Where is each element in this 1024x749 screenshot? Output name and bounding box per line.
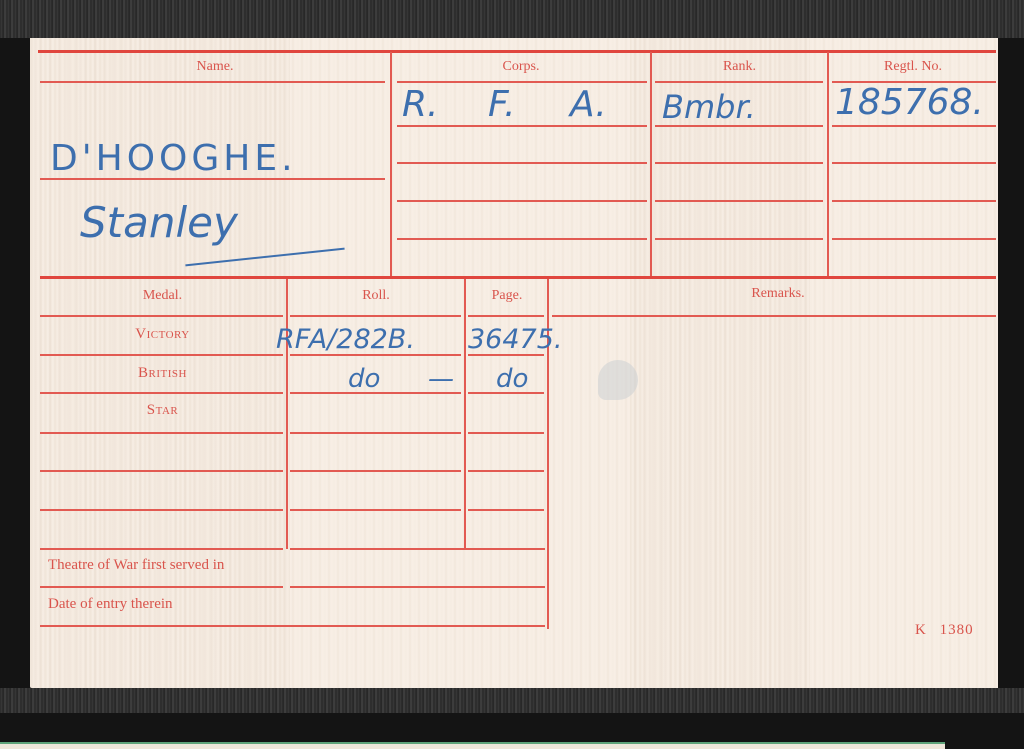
- medal-header-rule: [40, 315, 283, 317]
- regtl-row-rule: [832, 162, 996, 164]
- rank-row-rule: [655, 200, 823, 202]
- name-header: Name.: [40, 59, 390, 75]
- paper-texture: [30, 38, 290, 688]
- rank-handwritten: Bmbr.: [662, 88, 756, 126]
- british-roll-ditto: do: [348, 364, 380, 394]
- rank-row-rule: [655, 238, 823, 240]
- date-entry-label: Date of entry therein: [48, 596, 173, 613]
- victory-page-handwritten: 36475.: [468, 324, 562, 355]
- corps-row-rule: [397, 200, 647, 202]
- page-header: Page.: [466, 288, 548, 304]
- british-page-ditto: do: [496, 364, 528, 394]
- rank-header: Rank.: [652, 59, 827, 75]
- victory-roll-handwritten: RFA/282B.: [276, 324, 415, 355]
- theatre-value-rule: [290, 586, 545, 588]
- corps-letter-r: R.: [402, 84, 438, 125]
- page-row-rule: [468, 470, 544, 472]
- divider-medal-roll: [286, 279, 288, 549]
- roll-row-rule: [290, 432, 461, 434]
- roll-row-rule: [290, 470, 461, 472]
- regtl-no-handwritten: 185768.: [835, 82, 984, 123]
- forename-handwritten: Stanley: [80, 198, 238, 247]
- roll-header: Roll.: [288, 288, 464, 304]
- corps-row-rule: [397, 238, 647, 240]
- roll-row-rule: [290, 548, 545, 550]
- medal-row-rule: [40, 432, 283, 434]
- divider-corps-rank: [650, 52, 652, 277]
- theatre-label: Theatre of War first served in: [48, 557, 224, 574]
- scanner-band-top: [0, 0, 1024, 38]
- corps-row-rule: [397, 81, 647, 83]
- medal-index-card: Name. Corps. Rank. Regtl. No. D'HOOGHE. …: [30, 38, 998, 688]
- roll-header-rule: [290, 315, 461, 317]
- regtl-row-rule: [832, 200, 996, 202]
- remarks-header: Remarks.: [550, 286, 1006, 302]
- british-ditto-separator: —: [428, 364, 454, 394]
- divider-rank-regtl: [827, 52, 829, 277]
- remarks-header-rule: [552, 315, 996, 317]
- surname-handwritten: D'HOOGHE.: [50, 138, 297, 179]
- roll-row-rule: [290, 509, 461, 511]
- medal-row-rule: [40, 509, 283, 511]
- top-rule: [38, 50, 996, 53]
- divider-name-corps: [390, 52, 392, 277]
- medal-row-rule: [40, 392, 283, 394]
- medal-row-rule: [40, 470, 283, 472]
- paper-texture: [630, 38, 810, 688]
- corps-row-rule: [397, 162, 647, 164]
- theatre-rule: [40, 586, 283, 588]
- corps-header: Corps.: [392, 59, 650, 75]
- divider-roll-page: [464, 279, 466, 549]
- next-card-edge: [0, 742, 945, 749]
- page-row-rule: [468, 432, 544, 434]
- page-row-rule: [468, 509, 544, 511]
- corps-letter-f: F.: [488, 84, 516, 125]
- rank-row-rule: [655, 162, 823, 164]
- regtl-no-header: Regtl. No.: [829, 59, 997, 75]
- medal-british-label: British: [40, 365, 285, 382]
- scanner-band-bottom: [0, 688, 1024, 713]
- regtl-row-rule: [832, 238, 996, 240]
- name-header-rule: [40, 81, 385, 83]
- section-divider: [40, 276, 996, 279]
- embossed-stamp: [598, 360, 638, 400]
- corps-letter-a: A.: [570, 84, 607, 125]
- regtl-row-rule: [832, 125, 996, 127]
- date-entry-rule: [40, 625, 545, 627]
- medal-star-label: Star: [40, 402, 285, 419]
- corps-row-rule: [397, 125, 647, 127]
- medal-row-rule: [40, 354, 283, 356]
- medal-row-rule: [40, 548, 283, 550]
- rank-row-rule: [655, 81, 823, 83]
- medal-header: Medal.: [40, 288, 285, 304]
- page-header-rule: [468, 315, 544, 317]
- medal-victory-label: Victory: [40, 326, 285, 343]
- form-number: K 1380: [915, 622, 974, 639]
